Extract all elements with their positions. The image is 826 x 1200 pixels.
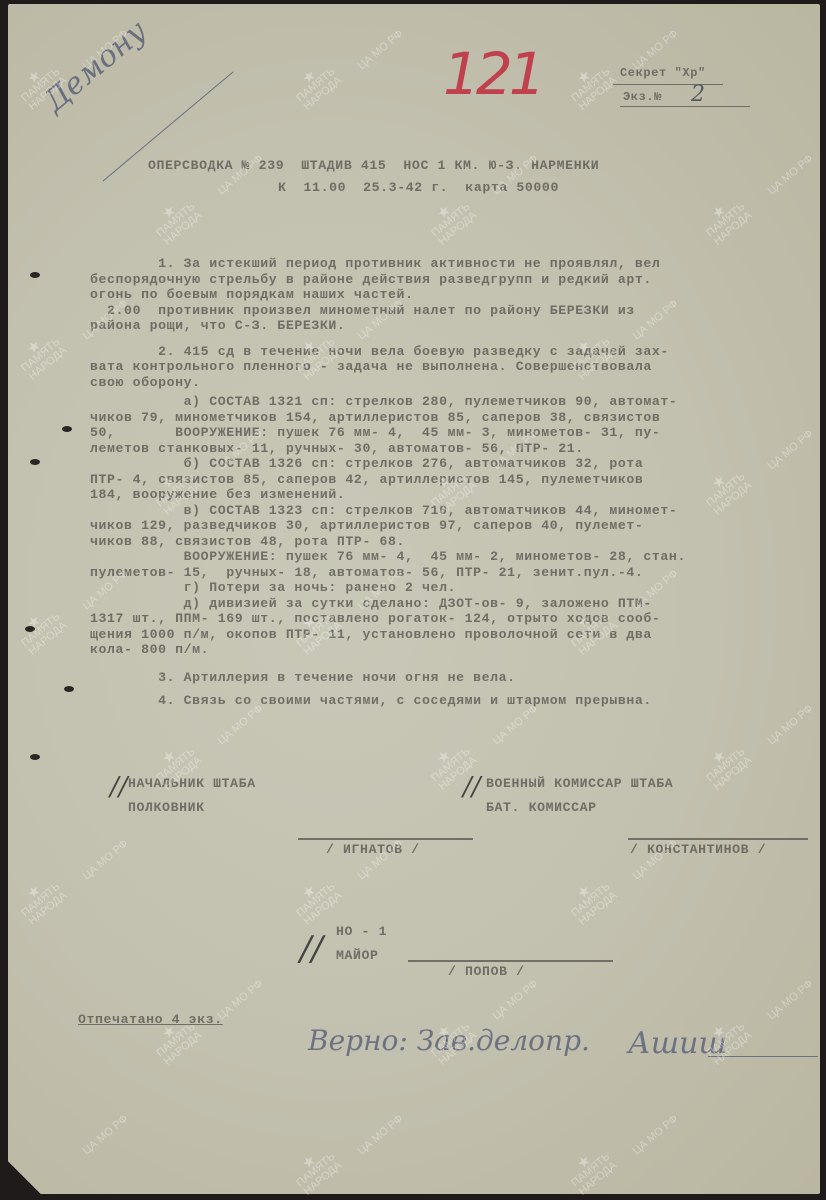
- watermark-project: ★ПАМЯТЬНАРОДА: [423, 193, 480, 248]
- body-line: ВООРУЖЕНИЕ: пушек 76 мм- 4, 45 мм- 2, ми…: [90, 549, 686, 565]
- watermark-archive: ЦА МО РФ: [356, 28, 406, 72]
- chief-of-staff-rank: ПОЛКОВНИК: [128, 800, 205, 815]
- watermark-archive: ЦА МО РФ: [766, 978, 816, 1022]
- star-icon: ★: [288, 58, 331, 96]
- punch-hole: [25, 626, 35, 632]
- star-icon: ★: [563, 1143, 606, 1181]
- star-icon: ★: [698, 193, 741, 231]
- handwritten-addressee: Демону: [38, 14, 154, 119]
- body-line: беспорядочную стрельбу в районе действия…: [90, 272, 686, 288]
- body-line: 4. Связь со своими частями, с соседями и…: [90, 693, 686, 709]
- watermark-project: ★ПАМЯТЬНАРОДА: [13, 873, 70, 928]
- watermark-archive: ЦА МО РФ: [81, 1113, 131, 1157]
- body-line: чиков 88, связистов 48, рота ПТР- 68.: [90, 534, 686, 550]
- body-line: 184, вооружение без изменений.: [90, 487, 686, 503]
- body-line: кола- 800 п/м.: [90, 642, 686, 658]
- body-line: в) СОСТАВ 1323 сп: стрелков 710, автомат…: [90, 503, 686, 519]
- star-icon: ★: [423, 738, 466, 776]
- signature-line-ops: [408, 960, 613, 962]
- watermark-archive: ЦА МО РФ: [631, 1113, 681, 1157]
- body-line: чиков 129, разведчиков 30, артиллеристов…: [90, 518, 686, 534]
- star-icon: ★: [148, 193, 191, 231]
- watermark-project: ★ПАМЯТЬНАРОДА: [698, 193, 755, 248]
- chief-of-staff-name: / ИГНАТОВ /: [326, 842, 420, 857]
- star-icon: ★: [698, 738, 741, 776]
- punch-hole: [62, 426, 72, 432]
- commissar-rank: БАТ. КОМИССАР: [486, 800, 597, 815]
- body-line: ПТР- 4, связистов 85, саперов 42, артилл…: [90, 472, 686, 488]
- classification-stamp: Секрет "Хр": [620, 66, 706, 80]
- watermark-archive: ЦА МО РФ: [766, 153, 816, 197]
- signature-flourish: [708, 1056, 818, 1057]
- watermark-project: ★ПАМЯТЬНАРОДА: [698, 738, 755, 793]
- watermark-project: ★ПАМЯТЬНАРОДА: [288, 1143, 345, 1198]
- body-line: огонь по боевым порядкам наших частей.: [90, 287, 686, 303]
- watermark-project: ★ПАМЯТЬНАРОДА: [698, 463, 755, 518]
- watermark-project: ★ПАМЯТЬНАРОДА: [148, 193, 205, 248]
- watermark-archive: ЦА МО РФ: [216, 703, 266, 747]
- star-icon: ★: [563, 58, 606, 96]
- body-line: 2.00 противник произвел минометный налет…: [90, 303, 686, 319]
- watermark-archive: ЦА МО РФ: [81, 838, 131, 882]
- printed-copies-note: Отпечатано 4 экз.: [78, 1012, 223, 1027]
- watermark-project: ★ПАМЯТЬНАРОДА: [288, 58, 345, 113]
- body-line: щения 1000 п/м, окопов ПТР- 11, установл…: [90, 627, 686, 643]
- watermark-project: ★ПАМЯТЬНАРОДА: [563, 873, 620, 928]
- star-icon: ★: [563, 873, 606, 911]
- watermark-archive: ЦА МО РФ: [491, 703, 541, 747]
- punch-hole: [30, 272, 40, 278]
- ops-section-title: НО - 1: [336, 924, 387, 939]
- watermark-project: ★ПАМЯТЬНАРОДА: [563, 1143, 620, 1198]
- signature-mark: //: [110, 772, 128, 802]
- page-number: 121: [443, 40, 542, 108]
- body-line: свою оборону.: [90, 375, 686, 391]
- certified-handwritten: Верно: Зав.делопр.: [308, 1024, 590, 1057]
- classification-underline: [613, 84, 723, 85]
- signature-line-right: [628, 838, 808, 840]
- copy-number: 2: [691, 82, 705, 107]
- body-line: а) СОСТАВ 1321 сп: стрелков 280, пулемет…: [90, 394, 686, 410]
- signature-mark: //: [300, 929, 323, 969]
- body-line: леметов станковых- 11, ручных- 30, автом…: [90, 441, 686, 457]
- body-line: 3. Артиллерия в течение ночи огня не вел…: [90, 670, 686, 686]
- watermark-archive: ЦА МО РФ: [766, 703, 816, 747]
- body-line: 1. За истекший период противник активнос…: [90, 256, 686, 272]
- body-line: д) дивизией за сутки сделано: ДЗОТ-ов- 9…: [90, 596, 686, 612]
- star-icon: ★: [13, 603, 56, 641]
- watermark-project: ★ПАМЯТЬНАРОДА: [13, 603, 70, 658]
- star-icon: ★: [13, 328, 56, 366]
- body-line: 2. 415 сд в течение ночи вела боевую раз…: [90, 344, 686, 360]
- copy-number-label: Экз.№: [623, 90, 662, 104]
- watermark-project: ★ПАМЯТЬНАРОДА: [288, 873, 345, 928]
- watermark-archive: ЦА МО РФ: [491, 978, 541, 1022]
- body-line: б) СОСТАВ 1326 сп: стрелков 276, автомат…: [90, 456, 686, 472]
- punch-hole: [64, 686, 74, 692]
- report-body: 1. За истекший период противник активнос…: [90, 256, 686, 709]
- report-subtitle: К 11.00 25.3-42 г. карта 50000: [278, 180, 559, 195]
- punch-hole: [30, 459, 40, 465]
- star-icon: ★: [288, 873, 331, 911]
- signature-line-left: [298, 838, 473, 840]
- commissar-name: / КОНСТАНТИНОВ /: [630, 842, 766, 857]
- watermark-archive: ЦА МО РФ: [216, 978, 266, 1022]
- star-icon: ★: [13, 873, 56, 911]
- star-icon: ★: [698, 463, 741, 501]
- ops-section-rank: МАЙОР: [336, 948, 379, 963]
- watermark-project: ★ПАМЯТЬНАРОДА: [563, 58, 620, 113]
- body-line: 1317 шт., ППМ- 169 шт., поставлено рогат…: [90, 611, 686, 627]
- star-icon: ★: [423, 193, 466, 231]
- watermark-project: ★ПАМЯТЬНАРОДА: [13, 328, 70, 383]
- body-line: 50, ВООРУЖЕНИЕ: пушек 76 мм- 4, 45 мм- 3…: [90, 425, 686, 441]
- report-title: ОПЕРСВОДКА № 239 ШТАДИВ 415 НОС 1 КМ. Ю-…: [148, 158, 599, 173]
- body-line: вата контрольного пленного - задача не в…: [90, 359, 686, 375]
- copy-number-underline: [620, 106, 750, 107]
- watermark-archive: ЦА МО РФ: [766, 428, 816, 472]
- star-icon: ★: [148, 738, 191, 776]
- document-page: Демону 121 Секрет "Хр" Экз.№ 2 ОПЕРСВОДК…: [8, 4, 820, 1194]
- chief-of-staff-title: НАЧАЛЬНИК ШТАБА: [128, 776, 256, 791]
- body-line: района рощи, что С-З. БЕРЕЗКИ.: [90, 318, 686, 334]
- ops-section-name: / ПОПОВ /: [448, 964, 525, 979]
- watermark-archive: ЦА МО РФ: [356, 1113, 406, 1157]
- commissar-title: ВОЕННЫЙ КОМИССАР ШТАБА: [486, 776, 673, 791]
- signature-mark: //: [463, 772, 481, 802]
- body-line: пулеметов- 15, ручных- 18, автоматов- 56…: [90, 565, 686, 581]
- star-icon: ★: [288, 1143, 331, 1181]
- punch-hole: [30, 754, 40, 760]
- body-line: г) Потери за ночь: ранено 2 чел.: [90, 580, 686, 596]
- body-line: чиков 79, минометчиков 154, артиллеристо…: [90, 410, 686, 426]
